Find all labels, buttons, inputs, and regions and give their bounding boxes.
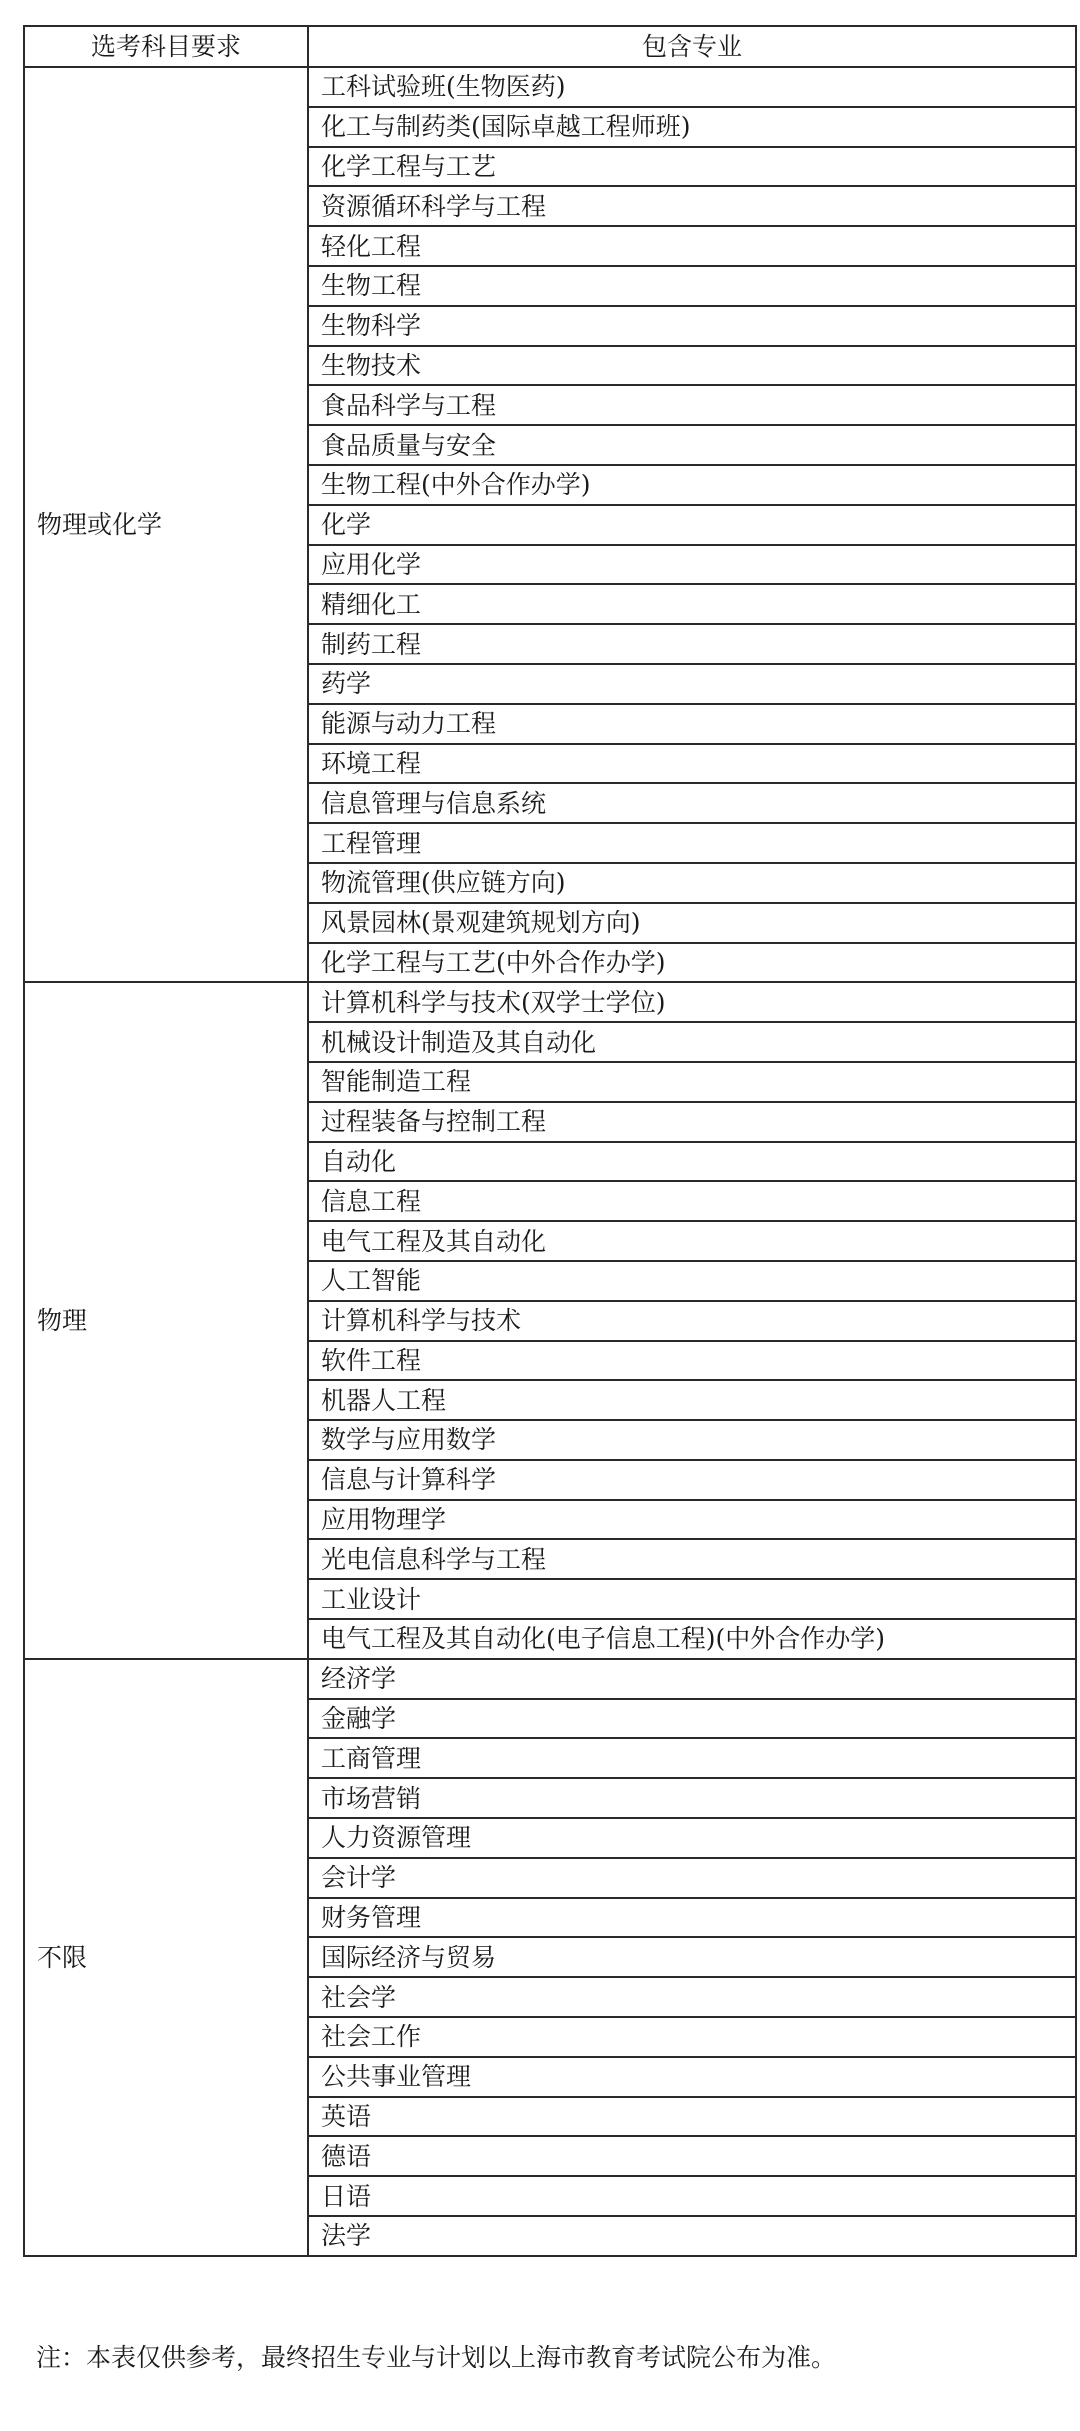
major-cell: 精细化工 bbox=[308, 584, 1076, 624]
major-cell: 英语 bbox=[308, 2097, 1076, 2137]
major-cell: 应用化学 bbox=[308, 545, 1076, 585]
major-cell: 会计学 bbox=[308, 1858, 1076, 1898]
major-cell: 软件工程 bbox=[308, 1341, 1076, 1381]
major-cell: 化学 bbox=[308, 505, 1076, 545]
major-cell: 制药工程 bbox=[308, 624, 1076, 664]
major-cell: 电气工程及其自动化(电子信息工程)(中外合作办学) bbox=[308, 1619, 1076, 1659]
major-cell: 计算机科学与技术(双学士学位) bbox=[308, 982, 1076, 1022]
table-row: 物理计算机科学与技术(双学士学位) bbox=[24, 982, 1076, 1022]
major-cell: 化学工程与工艺 bbox=[308, 147, 1076, 187]
subject-requirement-cell: 物理 bbox=[24, 982, 308, 1659]
major-cell: 金融学 bbox=[308, 1699, 1076, 1739]
major-cell: 法学 bbox=[308, 2216, 1076, 2256]
table-row: 不限经济学 bbox=[24, 1659, 1076, 1699]
table-body: 物理或化学工科试验班(生物医药)化工与制药类(国际卓越工程师班)化学工程与工艺资… bbox=[24, 67, 1076, 2256]
major-cell: 经济学 bbox=[308, 1659, 1076, 1699]
major-cell: 国际经济与贸易 bbox=[308, 1937, 1076, 1977]
major-cell: 机械设计制造及其自动化 bbox=[308, 1022, 1076, 1062]
major-cell: 财务管理 bbox=[308, 1898, 1076, 1938]
major-cell: 食品质量与安全 bbox=[308, 425, 1076, 465]
major-cell: 人工智能 bbox=[308, 1261, 1076, 1301]
major-cell: 计算机科学与技术 bbox=[308, 1301, 1076, 1341]
major-cell: 生物技术 bbox=[308, 346, 1076, 386]
major-cell: 社会学 bbox=[308, 1977, 1076, 2017]
header-subject-requirement: 选考科目要求 bbox=[24, 26, 308, 67]
major-cell: 工业设计 bbox=[308, 1579, 1076, 1619]
major-cell: 信息工程 bbox=[308, 1181, 1076, 1221]
major-cell: 自动化 bbox=[308, 1142, 1076, 1182]
major-cell: 信息与计算科学 bbox=[308, 1460, 1076, 1500]
major-cell: 资源循环科学与工程 bbox=[308, 186, 1076, 226]
major-cell: 公共事业管理 bbox=[308, 2057, 1076, 2097]
major-cell: 风景园林(景观建筑规划方向) bbox=[308, 903, 1076, 943]
major-cell: 轻化工程 bbox=[308, 226, 1076, 266]
table-row: 物理或化学工科试验班(生物医药) bbox=[24, 67, 1076, 107]
major-cell: 德语 bbox=[308, 2136, 1076, 2176]
header-included-majors: 包含专业 bbox=[308, 26, 1076, 67]
major-cell: 信息管理与信息系统 bbox=[308, 783, 1076, 823]
subject-requirement-cell: 不限 bbox=[24, 1659, 308, 2256]
major-cell: 应用物理学 bbox=[308, 1500, 1076, 1540]
major-cell: 电气工程及其自动化 bbox=[308, 1221, 1076, 1261]
major-cell: 智能制造工程 bbox=[308, 1062, 1076, 1102]
major-cell: 光电信息科学与工程 bbox=[308, 1539, 1076, 1579]
major-cell: 工商管理 bbox=[308, 1738, 1076, 1778]
footnote: 注：本表仅供参考，最终招生专业与计划以上海市教育考试院公布为准。 bbox=[36, 2338, 836, 2374]
major-cell: 日语 bbox=[308, 2176, 1076, 2216]
major-cell: 人力资源管理 bbox=[308, 1818, 1076, 1858]
major-cell: 生物科学 bbox=[308, 306, 1076, 346]
table-header-row: 选考科目要求 包含专业 bbox=[24, 26, 1076, 67]
subject-requirement-cell: 物理或化学 bbox=[24, 67, 308, 982]
major-cell: 市场营销 bbox=[308, 1778, 1076, 1818]
major-cell: 食品科学与工程 bbox=[308, 385, 1076, 425]
major-cell: 社会工作 bbox=[308, 2017, 1076, 2057]
major-cell: 过程装备与控制工程 bbox=[308, 1102, 1076, 1142]
major-cell: 机器人工程 bbox=[308, 1380, 1076, 1420]
major-cell: 药学 bbox=[308, 664, 1076, 704]
major-cell: 物流管理(供应链方向) bbox=[308, 863, 1076, 903]
major-cell: 工程管理 bbox=[308, 823, 1076, 863]
major-cell: 生物工程(中外合作办学) bbox=[308, 465, 1076, 505]
major-cell: 能源与动力工程 bbox=[308, 704, 1076, 744]
major-cell: 生物工程 bbox=[308, 266, 1076, 306]
major-cell: 化工与制药类(国际卓越工程师班) bbox=[308, 107, 1076, 147]
major-cell: 数学与应用数学 bbox=[308, 1420, 1076, 1460]
major-cell: 环境工程 bbox=[308, 744, 1076, 784]
majors-table-container: 选考科目要求 包含专业 物理或化学工科试验班(生物医药)化工与制药类(国际卓越工… bbox=[23, 25, 1075, 2257]
major-cell: 工科试验班(生物医药) bbox=[308, 67, 1076, 107]
major-cell: 化学工程与工艺(中外合作办学) bbox=[308, 943, 1076, 983]
subject-requirement-table: 选考科目要求 包含专业 物理或化学工科试验班(生物医药)化工与制药类(国际卓越工… bbox=[23, 25, 1077, 2257]
